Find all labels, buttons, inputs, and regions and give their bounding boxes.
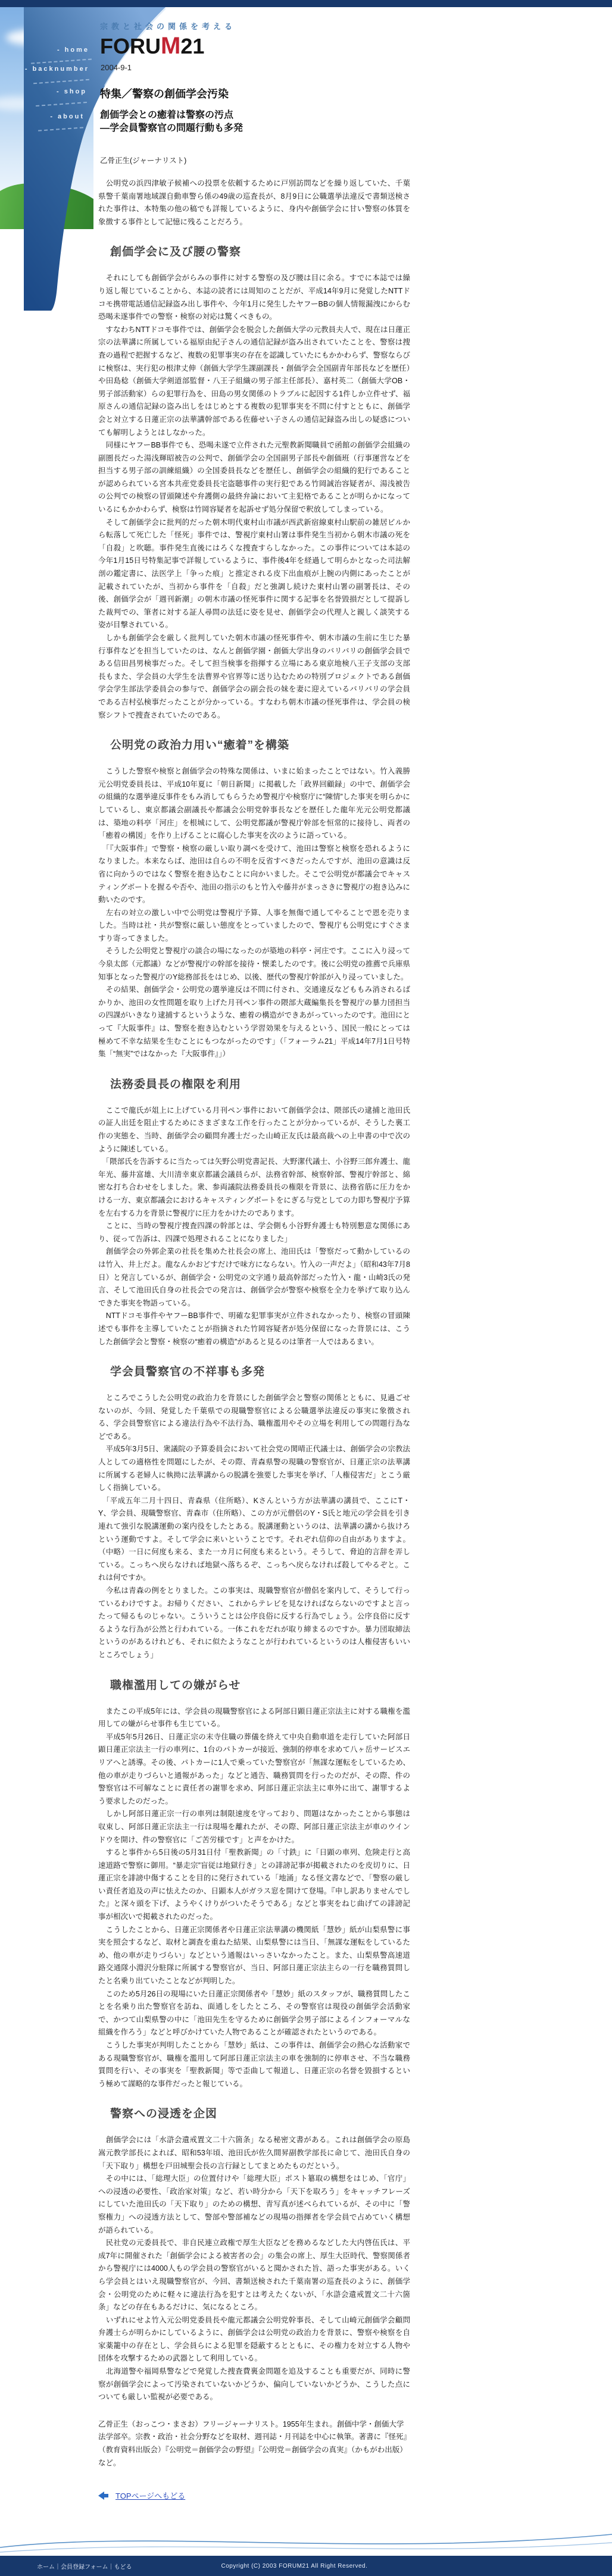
article-paragraph: 「平成五年二月十四日、青森県（住所略）、Kさんという方が法華講の講員で、ここにT… <box>98 1495 410 1585</box>
article-paragraph: こうした警察や検察と創価学会の特殊な関係は、いまに始まったことではない。竹入義勝… <box>98 765 410 843</box>
article-paragraph: 同様にヤフーBB事件でも、恐喝未遂で立件された元聖教新聞職員で函館の創価学会組織… <box>98 439 410 517</box>
back-arrow-icon[interactable] <box>98 2492 108 2500</box>
sidebar-item-home[interactable]: - home <box>23 46 89 54</box>
article-paragraph: すなわちNTTドコモ事件では、創価学会を脱会した創価大学の元教員夫人で、現在は日… <box>98 324 410 439</box>
section-heading: 職権濫用しての嫌がらせ <box>110 1676 410 1692</box>
subtitle-line2: ―学会員警察官の問題行動も多発 <box>100 123 243 133</box>
article-paragraph: しかも創価学会を厳しく批判していた朝木市議の怪死事件や、朝木市議の生前に生じた暴… <box>98 632 410 722</box>
issue-date: 2004-9-1 <box>101 63 132 72</box>
article-body: 公明党の浜四津敏子候補への投票を依頼するために戸別訪問などを繰り返していた、千葉… <box>98 177 410 2501</box>
sidebar-item-backnumber[interactable]: - backnumber <box>18 65 89 73</box>
article-paragraph: 公明党の浜四津敏子候補への投票を依頼するために戸別訪問などを繰り返していた、千葉… <box>98 177 410 229</box>
article-paragraph: すると事件から5日後の5月31日付「聖教新聞」の「寸鉄」に「日顕の車列、危険走行… <box>98 1846 410 1924</box>
footer-nav-links[interactable]: ホーム｜会員登録フォーム｜もどる <box>37 2562 132 2571</box>
article-paragraph: 平成5年5月26日、日蓮正宗の末寺住職の葬儀を終えて中央自動車道を走行していた阿… <box>98 1731 410 1808</box>
top-navy-bar <box>0 0 612 7</box>
sidebar-item-shop[interactable]: - shop <box>23 88 87 95</box>
article-sections: 公明党の浜四津敏子候補への投票を依頼するために戸別訪問などを繰り返していた、千葉… <box>98 177 410 2404</box>
footer-swoosh-lines <box>0 2525 612 2556</box>
article-paragraph: その中には、「総理大臣」の位置付けや「総理大臣」ポスト簒取の構想をはじめ、「官庁… <box>98 2173 410 2237</box>
article-paragraph: いずれにせよ竹入元公明党委員長や龍元都議会公明党幹事長、そして山崎元創価学会顧問… <box>98 2314 410 2365</box>
article-paragraph: 左右の対立の激しい中で公明党は警視庁予算、人事を無傷で通してやることで恩を売りま… <box>98 907 410 946</box>
article-paragraph: 平成5年3月5日、衆議院の予算委員会において社会党の関晴正代議士は、創価学会の宗… <box>98 1443 410 1494</box>
article-paragraph: そして創価学会に批判的だった朝木明代東村山市議が西武新宿線東村山駅前の雑居ビルか… <box>98 517 410 632</box>
back-to-top-link[interactable]: TOPページへもどる <box>115 2490 185 2501</box>
article-paragraph: 民社党の元委員長で、非自民連立政権で厚生大臣などを務めるなどした大内啓伍氏は、平… <box>98 2237 410 2314</box>
article-paragraph: こうした事実が判明したことから「慧妙」紙は、この事件は、創価学会の熱心な活動家で… <box>98 2039 410 2090</box>
article-paragraph: 創価学会には「水滸会遺戒置文二十六箇条」なる秘密文書がある。これは創価学会の原島… <box>98 2134 410 2173</box>
article-paragraph: 創価学会の外郭企業の社長を集めた社長会の席上、池田氏は「警察だって動かしているの… <box>98 1245 410 1310</box>
section-heading: 警察への浸透を企図 <box>110 2105 410 2121</box>
article-paragraph: そうした公明党と警視庁の談合の場になったのが築地の料亭・河庄です。ここに入り浸っ… <box>98 945 410 984</box>
article-paragraph: またこの平成5年には、学会員の現職警察官による阿部日顕日蓮正宗法主に対する職権を… <box>98 1705 410 1731</box>
article-paragraph: ことに、当時の警視庁捜査四課の幹部とは、学会側も小谷野弁護士も特別懇意な関係にあ… <box>98 1220 410 1245</box>
article-paragraph: 「『大阪事件』で警察・検察の厳しい取り調べを受けて、池田は警察と検察を恐れるよう… <box>98 843 410 907</box>
article-paragraph: それにしても創価学会がらみの事件に対する警察の及び腰は目に余る。すでに本誌では繰… <box>98 272 410 323</box>
footer-bar: ホーム｜会員登録フォーム｜もどる Copyright (C) 2003 FORU… <box>0 2556 612 2576</box>
article-paragraph: ところでこうした公明党の政治力を背景にした創価学会と警察の関係とともに、見過ごせ… <box>98 1392 410 1443</box>
article-paragraph: 北海道警や福岡県警などで発覚した捜査費裏金問題を追及することも重要だが、同時に警… <box>98 2365 410 2404</box>
author-bio: 乙骨正生（おっこつ・まさお）フリージャーナリスト。1955年生まれ。創価中学・創… <box>98 2418 410 2469</box>
article-paragraph: 今私は青森の例をとりました。この事実は、現職警察官が僧侶を案内して、そうして行っ… <box>98 1585 410 1662</box>
article-paragraph: こうしたことから、日蓮正宗関係者や日蓮正宗法華講の機関紙「慧妙」紙が山梨県警に事… <box>98 1924 410 1988</box>
footer-copyright: Copyright (C) 2003 FORUM21 All Right Res… <box>221 2563 368 2569</box>
sidebar-item-about[interactable]: - about <box>21 113 85 120</box>
article-paragraph: このため5月26日の現場にいた日蓮正宗関係者や「慧妙」紙のスタッフが、職務質問し… <box>98 1988 410 2039</box>
article-paragraph: ここで龍氏が俎上に上げている月刊ペン事件において創価学会は、隈部氏の逮捕と池田氏… <box>98 1104 410 1156</box>
article-subtitle: 創価学会との癒着は警察の汚点 ―学会員警察官の問題行動も多発 <box>100 109 243 135</box>
logo-brand: FORUM21 <box>100 33 236 59</box>
article-paragraph: その結果、創価学会・公明党の選挙違反は不問に付され、交通違反などももみ消されるば… <box>98 984 410 1061</box>
section-heading: 創価学会に及び腰の警察 <box>110 243 410 259</box>
author-byline: 乙骨正生(ジャーナリスト) <box>100 155 186 165</box>
page: - home - backnumber - shop - about 宗教と社会… <box>0 0 612 2576</box>
forum21-logo[interactable]: 宗教と社会の関係を考える FORUM21 <box>100 20 236 59</box>
back-to-top-row: TOPページへもどる <box>98 2490 410 2501</box>
article-paragraph: 「隈部氏を告訴するに当たっては矢野公明党書記長、大野潔代議士、小谷野三郎弁護士、… <box>98 1156 410 1220</box>
section-heading: 学会員警察官の不祥事も多発 <box>110 1363 410 1379</box>
feature-title: 特集／警察の創価学会汚染 <box>100 86 229 101</box>
logo-red-m: M <box>161 33 180 59</box>
logo-tagline: 宗教と社会の関係を考える <box>100 20 236 32</box>
section-heading: 公明党の政治力用い“癒着”を構築 <box>110 736 410 752</box>
subtitle-line1: 創価学会との癒着は警察の汚点 <box>100 110 233 120</box>
article-paragraph: しかし阿部日蓮正宗一行の車列は制限速度を守っており、問題はなかったことから事態は… <box>98 1808 410 1846</box>
article-paragraph: NTTドコモ事件やヤフーBB事件で、明確な犯罪事実が立件されなかったり、検察の冒… <box>98 1310 410 1348</box>
section-heading: 法務委員長の権限を利用 <box>110 1075 410 1091</box>
